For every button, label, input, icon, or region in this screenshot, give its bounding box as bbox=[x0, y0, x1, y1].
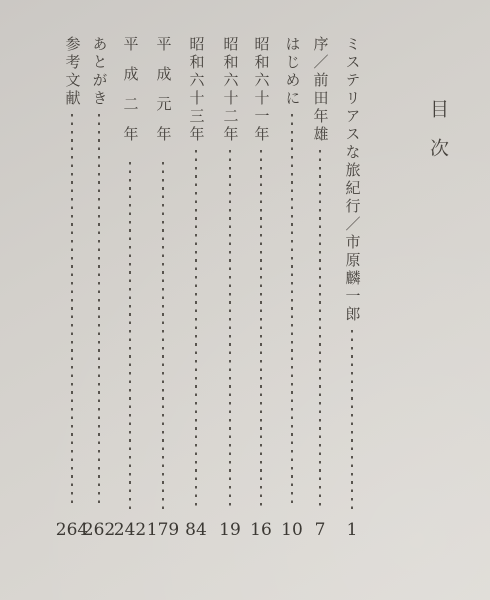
dotted-leader bbox=[229, 150, 232, 509]
toc-entry: 昭和六十一年 16 bbox=[249, 36, 273, 542]
toc-entry-page-number: 84 bbox=[185, 518, 207, 542]
toc-entry: はじめに 10 bbox=[280, 36, 304, 542]
toc-entry-label: ミステリアスな旅紀行／市原麟一郎 bbox=[345, 36, 360, 324]
toc-entry-label: 昭和六十一年 bbox=[254, 36, 269, 144]
dotted-leader bbox=[351, 330, 354, 509]
toc-entry: ミステリアスな旅紀行／市原麟一郎 1 bbox=[340, 36, 364, 542]
dotted-leader bbox=[195, 150, 198, 509]
toc-entry-page-number: 10 bbox=[281, 518, 303, 542]
toc-entry: 昭和六十二年 19 bbox=[218, 36, 242, 542]
toc-entry-page-number: 242 bbox=[114, 518, 146, 542]
toc-entry: あとがき 262 bbox=[87, 36, 111, 542]
toc-entry-label: 昭和六十二年 bbox=[223, 36, 238, 144]
toc-entry: 序／前田年雄 7 bbox=[308, 36, 332, 542]
toc-entry: 参考文献 264 bbox=[60, 36, 84, 542]
toc-entry-label: 昭和六十三年 bbox=[189, 36, 204, 144]
toc-entry-page-number: 7 bbox=[315, 518, 326, 542]
toc-entry: 昭和六十三年 84 bbox=[184, 36, 208, 542]
dotted-leader bbox=[260, 150, 263, 509]
dotted-leader bbox=[291, 114, 294, 509]
toc-entry-label: 参考文献 bbox=[65, 36, 80, 108]
book-page-photo: 目次 ミステリアスな旅紀行／市原麟一郎 1 序／前田年雄 7 はじめに 10 昭… bbox=[0, 0, 490, 600]
toc-entry-page-number: 19 bbox=[219, 518, 241, 542]
toc-entry: 平成二年 242 bbox=[118, 36, 142, 542]
table-of-contents: ミステリアスな旅紀行／市原麟一郎 1 序／前田年雄 7 はじめに 10 昭和六十… bbox=[0, 0, 490, 600]
toc-entry-label: 平成元年 bbox=[156, 36, 171, 156]
toc-entry-label: 序／前田年雄 bbox=[313, 36, 328, 144]
dotted-leader bbox=[162, 162, 165, 509]
dotted-leader bbox=[129, 162, 132, 509]
toc-entry-page-number: 264 bbox=[56, 518, 88, 542]
toc-entry-page-number: 16 bbox=[250, 518, 272, 542]
toc-entry-label: はじめに bbox=[285, 36, 300, 108]
dotted-leader bbox=[319, 150, 322, 509]
toc-entry-page-number: 1 bbox=[347, 518, 358, 542]
toc-entry-page-number: 179 bbox=[147, 518, 179, 542]
dotted-leader bbox=[98, 114, 101, 509]
dotted-leader bbox=[71, 114, 74, 509]
toc-entry-label: あとがき bbox=[92, 36, 107, 108]
toc-entry: 平成元年 179 bbox=[151, 36, 175, 542]
toc-entry-label: 平成二年 bbox=[123, 36, 138, 156]
